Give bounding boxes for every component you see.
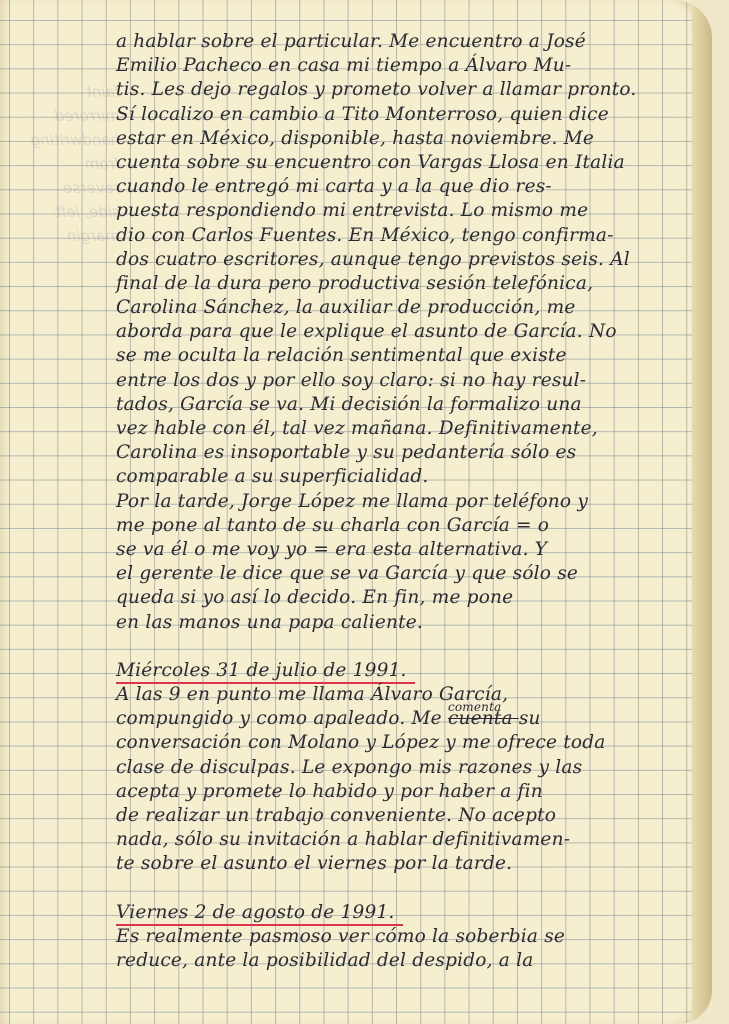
text-line: queda si yo así lo decido. En fin, me po… (116, 586, 701, 610)
page-edge (692, 0, 712, 1024)
text-line: Carolina Sánchez, la auxiliar de producc… (116, 296, 701, 320)
text-line: puesta respondiendo mi entrevista. Lo mi… (116, 199, 701, 223)
text-line: entre los dos y por ello soy claro: si n… (116, 369, 701, 393)
text-line: nada, sólo su invitación a hablar defini… (116, 828, 701, 852)
text-line: Emilio Pacheco en casa mi tiempo a Álvar… (116, 54, 701, 78)
text-line: el gerente le dice que se va García y qu… (116, 562, 701, 586)
text-line: aborda para que le explique el asunto de… (116, 320, 701, 344)
text-line: tis. Les dejo regalos y prometo volver a… (116, 78, 701, 102)
text-line: Es realmente pasmoso ver cómo la soberbi… (116, 925, 701, 949)
text-line: en las manos una papa caliente. (116, 611, 701, 635)
text-fragment: compungido y como apaleado. Me (116, 708, 442, 729)
date-heading: Viernes 2 de agosto de 1991. (116, 902, 403, 926)
text-line: dos cuatro escritores, aunque tengo prev… (116, 248, 701, 272)
text-line: Carolina es insoportable y su pedantería… (116, 441, 701, 465)
struck-word: comenta cuenta (448, 708, 519, 729)
text-line: Sí localizo en cambio a Tito Monterroso,… (116, 103, 701, 127)
text-line: comparable a su superficialidad. (116, 465, 701, 489)
text-line: estar en México, disponible, hasta novie… (116, 127, 701, 151)
text-line: a hablar sobre el particular. Me encuent… (116, 30, 701, 54)
text-line: se me oculta la relación sentimental que… (116, 344, 701, 368)
text-line: compungido y como apaleado. Me comenta c… (116, 707, 701, 731)
text-line: final de la dura pero productiva sesión … (116, 272, 701, 296)
inserted-correction: comenta (448, 695, 502, 719)
blank-line (116, 635, 701, 659)
text-line: A las 9 en punto me llama Álvaro García, (116, 683, 701, 707)
text-line: de realizar un trabajo conveniente. No a… (116, 804, 701, 828)
text-line: tados, García se va. Mi decisión la form… (116, 393, 701, 417)
text-line: conversación con Molano y López y me ofr… (116, 731, 701, 755)
text-line: te sobre el asunto el viernes por la tar… (116, 852, 701, 876)
text-line: dio con Carlos Fuentes. En México, tengo… (116, 224, 701, 248)
text-line: cuando le entregó mi carta y a la que di… (116, 175, 701, 199)
text-line: reduce, ante la posibilidad del despido,… (116, 949, 701, 973)
text-line: vez hable con él, tal vez mañana. Defini… (116, 417, 701, 441)
entry-heading: Viernes 2 de agosto de 1991. (116, 901, 701, 925)
blank-line (116, 877, 701, 901)
text-line: cuenta sobre su encuentro con Vargas Llo… (116, 151, 701, 175)
entry-heading: Miércoles 31 de julio de 1991. (116, 659, 701, 683)
text-line: acepta y promete lo habido y por haber a… (116, 780, 701, 804)
text-line: me pone al tanto de su charla con García… (116, 514, 701, 538)
text-line: Por la tarde, Jorge López me llama por t… (116, 490, 701, 514)
text-line: se va él o me voy yo = era esta alternat… (116, 538, 701, 562)
date-heading: Miércoles 31 de julio de 1991. (116, 660, 415, 684)
notebook-page: faint mirrored handwriting from reverse … (0, 0, 712, 1024)
handwritten-text: a hablar sobre el particular. Me encuent… (116, 30, 701, 973)
bleed-through-text: faint mirrored handwriting from reverse … (30, 80, 120, 900)
text-fragment: su (519, 708, 541, 729)
text-line: clase de disculpas. Le expongo mis razon… (116, 756, 701, 780)
